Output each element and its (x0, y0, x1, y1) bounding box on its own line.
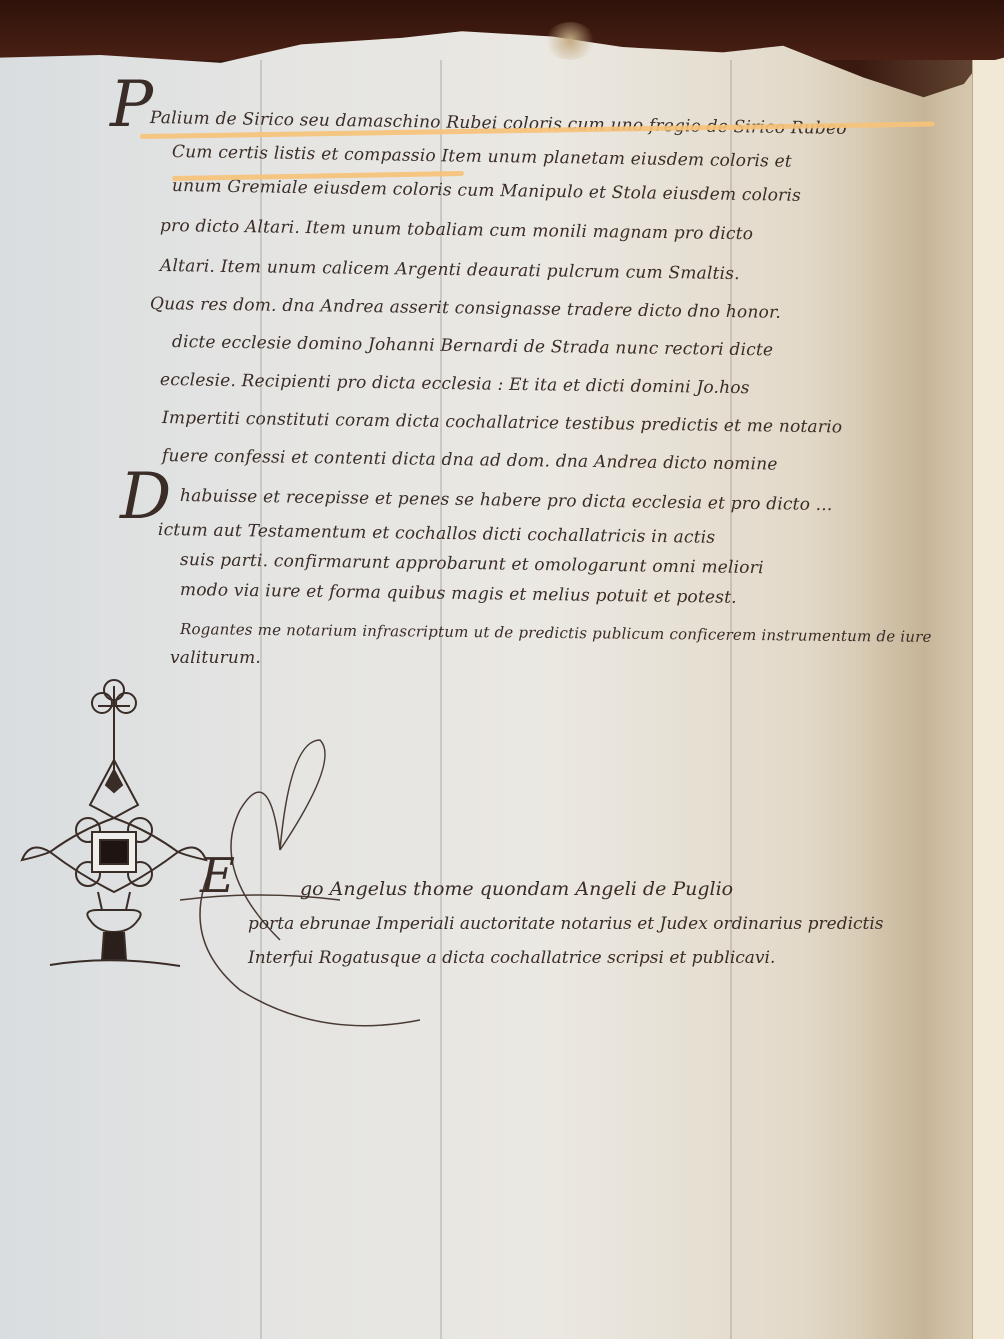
initial-letter-p: P (110, 68, 153, 142)
water-stain (545, 22, 595, 60)
page-fold-line (440, 60, 442, 1339)
text-line: valiturum. (170, 648, 261, 668)
page-fold-line (730, 60, 732, 1339)
subscription-line: Interfui Rogatusque a dicta cochallatric… (248, 948, 775, 968)
page-fold-line (260, 60, 262, 1339)
next-page-edge (972, 60, 1004, 1339)
subscription-line: go Angelus thome quondam Angeli de Pugli… (300, 878, 733, 900)
subscription-initial: E (200, 848, 235, 904)
subscription-line: porta ebrunae Imperiali auctoritate nota… (248, 914, 884, 934)
gutter-shadow (860, 60, 972, 1339)
